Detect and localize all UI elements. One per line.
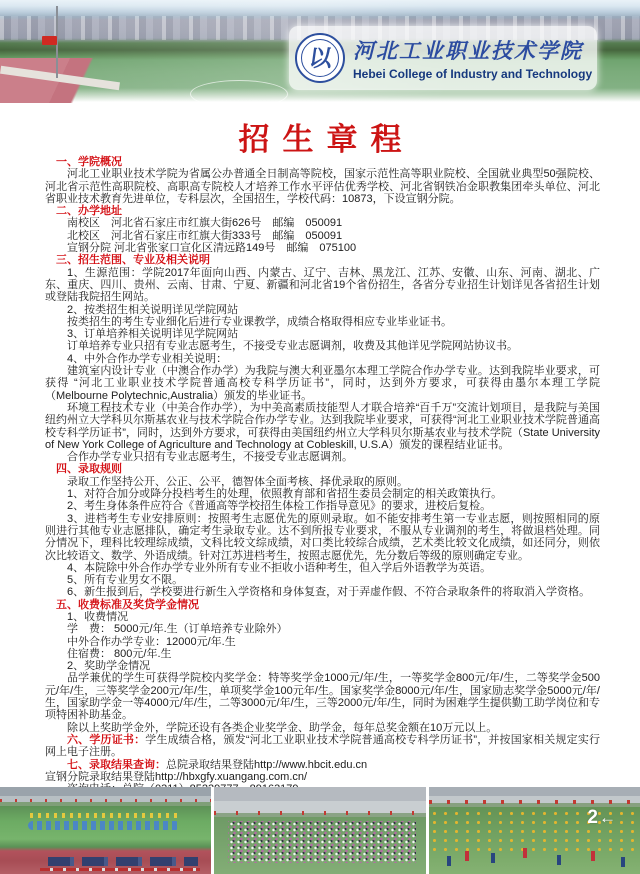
page-number: 2	[587, 808, 598, 827]
section-4-item: 3、进档考生专业安排原则：按照考生志愿优先的原则录取。如不能安排考生第一专业志愿…	[45, 513, 600, 562]
section-7-line: 七、录取结果查询：总院录取结果登陆http://www.hbcit.edu.cn	[45, 759, 600, 771]
section-4-item: 录取工作坚持公开、公正、公平，德智体全面考核、择优录取的原则。	[45, 476, 600, 488]
college-name-block: 河北工业职业技术学院 Hebei College of Industry and…	[353, 35, 591, 81]
section-7-heading: 七、录取结果查询：	[67, 759, 166, 771]
college-name-zh: 河北工业职业技术学院	[353, 35, 591, 65]
section-4-item: 6、新生报到后，学校要进行新生入学资格和身体复查，对于弄虚作假、不符合录取条件的…	[45, 586, 600, 598]
footer-photo-strip: 2 ←	[0, 787, 640, 874]
section-3-item: 订单培养专业只招有专业志愿考生，不接受专业志愿调剂，收费及其他详见学院网站协议书…	[45, 340, 600, 352]
section-6-heading: 六、学历证书：	[67, 734, 145, 746]
college-logo-icon: 以	[295, 33, 345, 83]
section-5-item: 除以上奖助学金外，学院还设有各类企业奖学金、助学金，每年总奖金额在10万元以上。	[45, 722, 600, 734]
section-3-item: 1、生源范围：学院2017年面向山西、内蒙古、辽宁、吉林、黑龙江、江苏、安徽、山…	[45, 267, 600, 304]
page-number-badge: 2 ←	[587, 808, 614, 827]
left-arrow-icon: ←	[599, 809, 614, 826]
college-logo-panel: 以 河北工业职业技术学院 Hebei College of Industry a…	[289, 26, 597, 90]
banner-row	[40, 868, 200, 871]
address-line-south: 南校区 河北省石家庄市红旗大街626号 邮编 050091	[45, 217, 600, 229]
section-3-item: 合作办学专业只招有专业志愿考生，不接受专业志愿调剂。	[45, 451, 600, 463]
section-1-heading: 一、学院概况	[45, 156, 600, 168]
page-title: 招生章程	[0, 114, 640, 159]
address-line-branch: 宣钢分院 河北省张家口宣化区清远路149号 邮编 075100	[45, 242, 600, 254]
crowd-stands	[48, 857, 198, 866]
section-5-heading: 五、收费标准及奖贷学金情况	[45, 599, 600, 611]
section-3-item: 3、订单培养相关说明详见学院网站	[45, 328, 600, 340]
dorm-fee-line: 住宿费： 800元/年.生	[45, 648, 600, 660]
section-3-item: 4、中外合作办学专业相关说明：	[45, 353, 600, 365]
campus-header-photo: 以 河北工业职业技术学院 Hebei College of Industry a…	[0, 0, 640, 103]
coop-fee-line: 中外合作办学专业：12000元/年.生	[45, 636, 600, 648]
section-1-paragraph: 河北工业职业技术学院为省属公办普通全日制高等院校，国家示范性高等职业院校、全国就…	[45, 168, 600, 205]
section-3-item: 2、按类招生相关说明详见学院网站	[45, 304, 600, 316]
pitch-center-circle	[190, 80, 288, 103]
result-query-main-url: 总院录取结果登陆http://www.hbcit.edu.cn	[166, 759, 367, 771]
flag-row	[429, 800, 640, 804]
footer-photo-performance: 2 ←	[429, 787, 640, 874]
section-4-item: 1、对符合加分或降分投档考生的处理，依照教育部和省招生委员会制定的相关政策执行。	[45, 488, 600, 500]
tuition-fee-line: 学 费： 5000元/年.生（订单培养专业除外）	[45, 623, 600, 635]
section-4-heading: 四、录取规则	[45, 463, 600, 475]
logo-emblem-glyph: 以	[307, 47, 333, 70]
flag-row	[0, 799, 211, 802]
result-query-branch-url: 宣钢分院录取结果登陆http://hbxgfy.xuangang.com.cn/	[45, 771, 600, 783]
footer-photo-march	[214, 787, 425, 874]
yellow-performers-row	[30, 813, 180, 818]
address-line-north: 北校区 河北省石家庄市红旗大街333号 邮编 050091	[45, 230, 600, 242]
section-2-heading: 二、办学地址	[45, 205, 600, 217]
section-4-item: 4、本院除中外合作办学专业外所有专业不拒收小语种考生，但入学后外语教学为英语。	[45, 562, 600, 574]
section-6-line: 六、学历证书：学生成绩合格，颁发“河北工业职业技术学院普通高校专科学历证书”，并…	[45, 734, 600, 759]
scholarship-paragraph: 品学兼优的学生可获得学院校内奖学金：特等奖学金1000元/年/生，一等奖学金80…	[45, 672, 600, 721]
section-4-item: 5、所有专业男女不限。	[45, 574, 600, 586]
college-name-en: Hebei College of Industry and Technology	[353, 67, 591, 81]
document-body: 一、学院概况 河北工业职业技术学院为省属公办普通全日制高等院校，国家示范性高等职…	[0, 156, 640, 820]
section-3-item: 环境工程技术专业（中美合作办学），为中美高素质技能型人才联合培养“百千万”交流计…	[45, 402, 600, 451]
flag-row	[214, 811, 425, 815]
section-3-heading: 三、招生范围、专业及相关说明	[45, 254, 600, 266]
foreground-figures	[465, 851, 469, 861]
marching-formation	[228, 821, 415, 863]
red-flag	[42, 36, 57, 45]
section-4-item: 2、考生身体条件应符合《普通高等学校招生体检工作指导意见》的要求，进校后复检。	[45, 500, 600, 512]
section-3-item: 建筑室内设计专业（中澳合作办学）为我院与澳大利亚墨尔本理工学院合作办学专业。达到…	[45, 365, 600, 402]
section-5-item: 2、奖助学金情况	[45, 660, 600, 672]
section-5-item: 1、收费情况	[45, 611, 600, 623]
section-3-item: 按类招生的考生专业细化后进行专业课教学，成绩合格取得相应专业毕业证书。	[45, 316, 600, 328]
footer-photo-stadium	[0, 787, 211, 874]
blue-formation-letters	[28, 821, 180, 830]
